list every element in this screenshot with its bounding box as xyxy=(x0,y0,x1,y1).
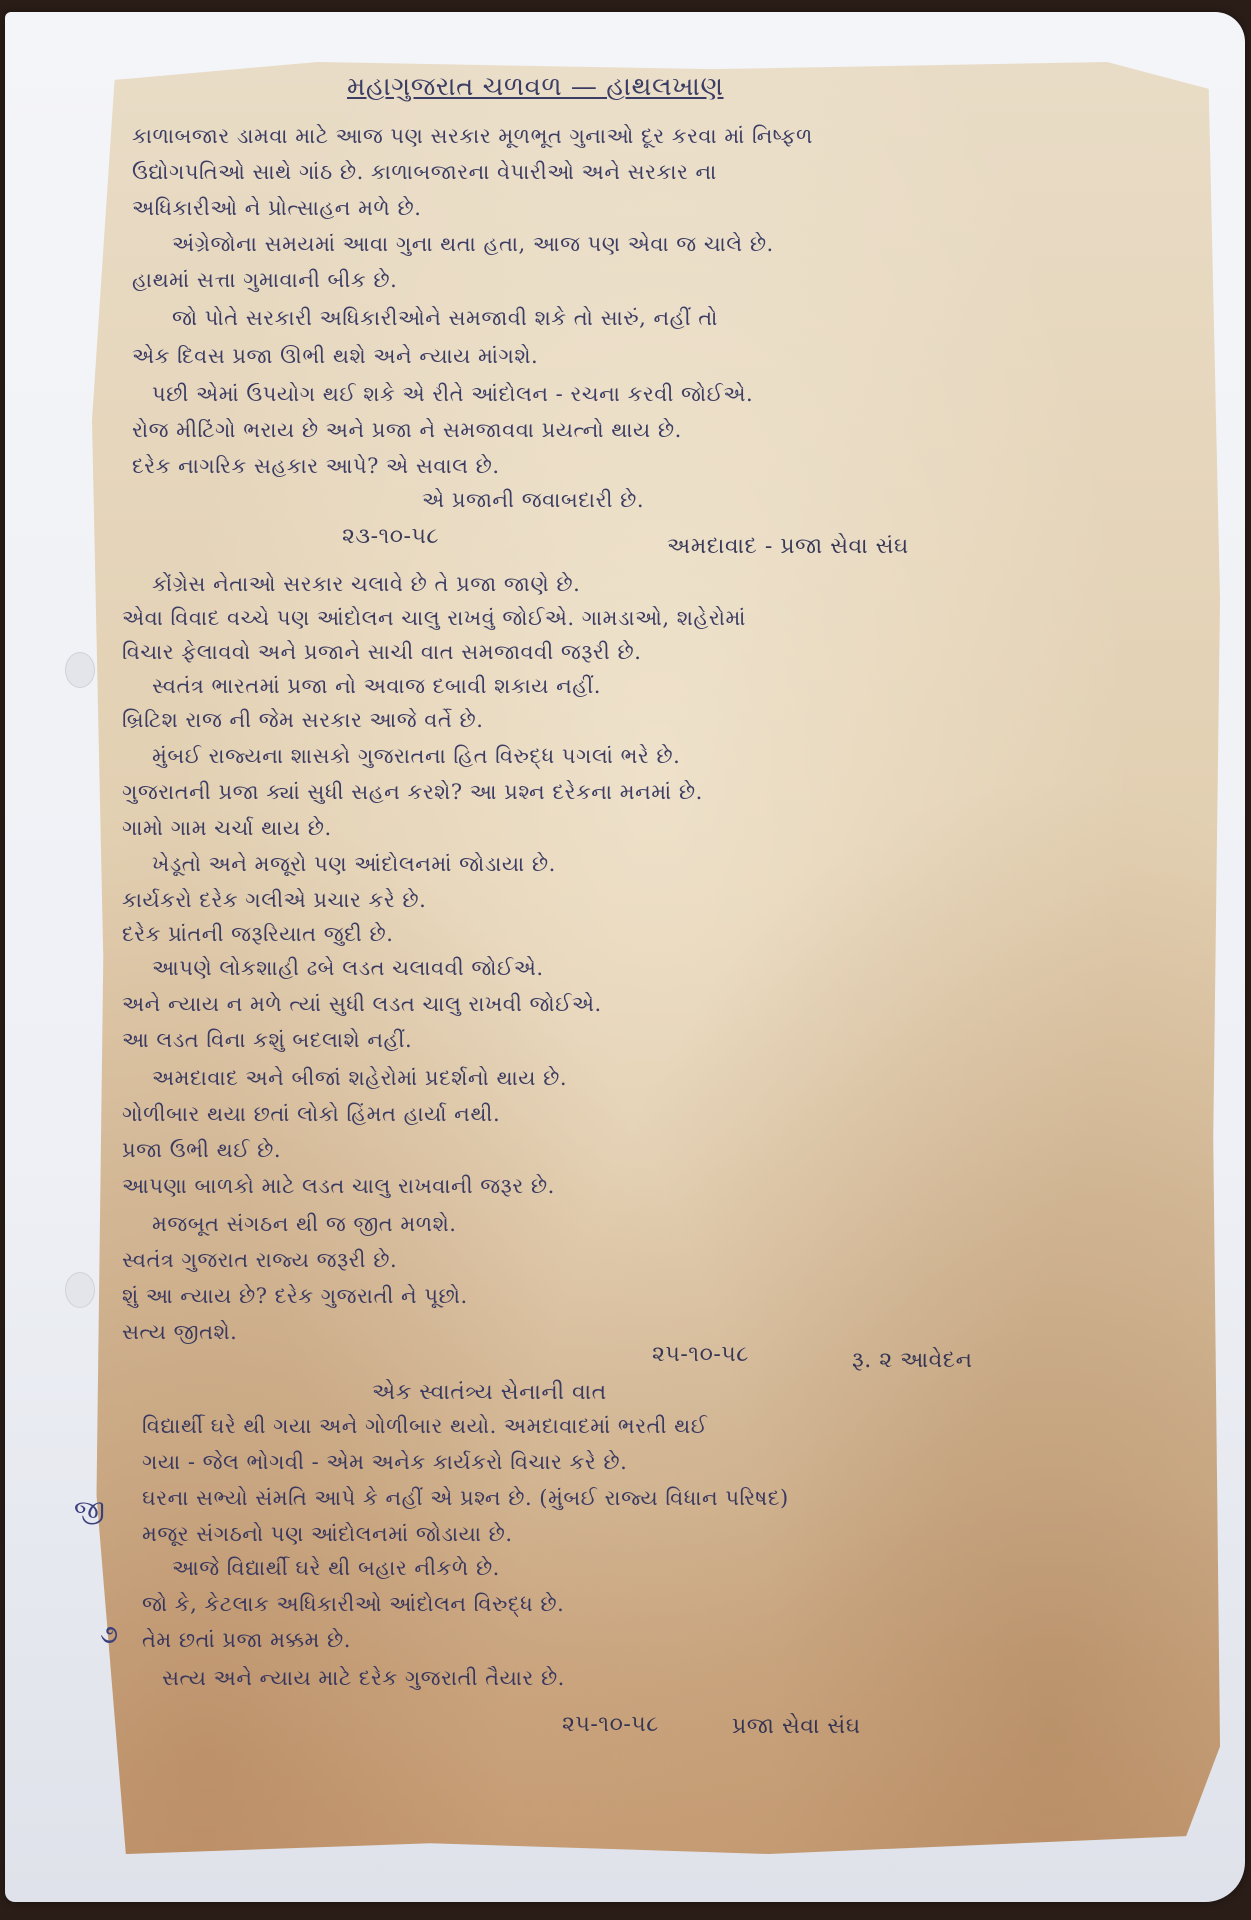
text-line: તેમ છતાં પ્રજા મક્કમ છે. xyxy=(142,1628,351,1653)
text-line: શું આ ન્યાય છે? દરેક ગુજરાતી ને પૂછો. xyxy=(122,1284,468,1309)
page-title: મહાગુજરાત ચળવળ — હાથલખાણ xyxy=(347,72,724,103)
text-line: ગામો ગામ ચર્ચા થાય છે. xyxy=(122,816,332,841)
text-line: જો કે, કેટલાક અધિકારીઓ આંદોલન વિરુદ્ધ છે… xyxy=(142,1592,564,1617)
text-line: સ્વતંત્ર ભારતમાં પ્રજા નો અવાજ દબાવી શકા… xyxy=(152,674,601,699)
text-line: ગુજરાતની પ્રજા ક્યાં સુધી સહન કરશે? આ પ્… xyxy=(122,780,703,805)
punch-hole xyxy=(65,1272,95,1308)
punch-hole xyxy=(65,652,95,688)
text-line: અધિકારીઓ ને પ્રોત્સાહન મળે છે. xyxy=(132,196,421,221)
text-line: અમદાવાદ અને બીજાં શહેરોમાં પ્રદર્શનો થાય… xyxy=(152,1066,567,1091)
date: ૨૫-૧૦-૫૮ xyxy=(562,1712,659,1737)
date: ૨૩-૧૦-૫૮ xyxy=(342,524,439,549)
text-line: સ્વતંત્ર ગુજરાત રાજ્ય જરૂરી છે. xyxy=(122,1248,397,1273)
text-line: દરેક પ્રાંતની જરૂરિયાત જુદી છે. xyxy=(122,922,393,947)
text-line: આપણા બાળકો માટે લડત ચાલુ રાખવાની જરૂર છે… xyxy=(122,1174,555,1199)
text-line: મુંબઈ રાજ્યના શાસકો ગુજરાતના હિત વિરુદ્ધ… xyxy=(152,744,680,769)
text-line: પછી એમાં ઉપયોગ થઈ શકે એ રીતે આંદોલન - રચ… xyxy=(152,382,753,407)
text-line: આજે વિદ્યાર્થી ઘરે થી બહાર નીકળે છે. xyxy=(172,1556,500,1581)
text-line: હાથમાં સત્તા ગુમાવાની બીક છે. xyxy=(132,268,397,293)
margin-note: જી xyxy=(74,1495,105,1526)
text-line: ઘરના સભ્યો સંમતિ આપે કે નહીં એ પ્રશ્ન છે… xyxy=(142,1486,789,1511)
text-line: ગોળીબાર થયા છતાં લોકો હિંમત હાર્યા નથી. xyxy=(122,1102,500,1127)
signature: પ્રજા સેવા સંઘ xyxy=(732,1714,861,1739)
text-line: પ્રજા ઉભી થઈ છે. xyxy=(122,1138,281,1163)
section-heading: એક સ્વાતંત્ર્ય સેનાની વાત xyxy=(372,1380,607,1405)
text-line: વિચાર ફેલાવવો અને પ્રજાને સાચી વાત સમજાવ… xyxy=(122,640,641,665)
text-line: જો પોતે સરકારી અધિકારીઓને સમજાવી શકે તો … xyxy=(172,306,718,331)
text-line: કાળાબજાર ડામવા માટે આજ પણ સરકાર મૂળભૂત ગ… xyxy=(132,124,813,149)
margin-note: ૭ xyxy=(100,1620,118,1651)
text-line: અને ન્યાય ન મળે ત્યાં સુધી લડત ચાલુ રાખવ… xyxy=(122,992,602,1017)
text-line: સત્ય અને ન્યાય માટે દરેક ગુજરાતી તૈયાર છ… xyxy=(162,1666,565,1691)
signature: રૂ. ૨ આવેદન xyxy=(852,1348,972,1373)
text-line: એ પ્રજાની જવાબદારી છે. xyxy=(422,488,644,513)
text-line: એક દિવસ પ્રજા ઊભી થશે અને ન્યાય માંગશે. xyxy=(132,344,538,369)
text-line: મજબૂત સંગઠન થી જ જીત મળશે. xyxy=(152,1212,456,1237)
text-line: ખેડૂતો અને મજૂરો પણ આંદોલનમાં જોડાયા છે. xyxy=(152,852,556,877)
text-line: એવા વિવાદ વચ્ચે પણ આંદોલન ચાલુ રાખવું જો… xyxy=(122,606,746,631)
text-line: કાર્યકરો દરેક ગલીએ પ્રચાર કરે છે. xyxy=(122,888,426,913)
text-line: બ્રિટિશ રાજ ની જેમ સરકાર આજે વર્તે છે. xyxy=(122,708,483,733)
text-line: ગયા - જેલ ભોગવી - એમ અનેક કાર્યકરો વિચાર… xyxy=(142,1450,627,1475)
text-line: દરેક નાગરિક સહકાર આપે? એ સવાલ છે. xyxy=(132,454,500,479)
text-line: મજૂર સંગઠનો પણ આંદોલનમાં જોડાયા છે. xyxy=(142,1522,513,1547)
text-line: કોંગ્રેસ નેતાઓ સરકાર ચલાવે છે તે પ્રજા જ… xyxy=(152,572,580,597)
handwritten-page: મહાગુજરાત ચળવળ — હાથલખાણ કાળાબજાર ડામવા … xyxy=(92,62,1220,1854)
text-line: અંગ્રેજોના સમયમાં આવા ગુના થતા હતા, આજ પ… xyxy=(172,232,774,257)
date: ૨૫-૧૦-૫૮ xyxy=(652,1342,749,1367)
text-line: વિદ્યાર્થી ઘરે થી ગયા અને ગોળીબાર થયો. અ… xyxy=(142,1414,707,1439)
text-line: આપણે લોકશાહી ઢબે લડત ચલાવવી જોઈએ. xyxy=(152,956,544,981)
text-line: રોજ મીટિંગો ભરાય છે અને પ્રજા ને સમજાવવા… xyxy=(132,418,682,443)
signature: અમદાવાદ - પ્રજા સેવા સંઘ xyxy=(667,534,909,559)
text-line: આ લડત વિના કશું બદલાશે નહીં. xyxy=(122,1028,412,1053)
text-line: ઉદ્યોગપતિઓ સાથે ગાંઠ છે. કાળાબજારના વેપા… xyxy=(132,160,717,185)
text-line: સત્ય જીતશે. xyxy=(122,1320,237,1345)
